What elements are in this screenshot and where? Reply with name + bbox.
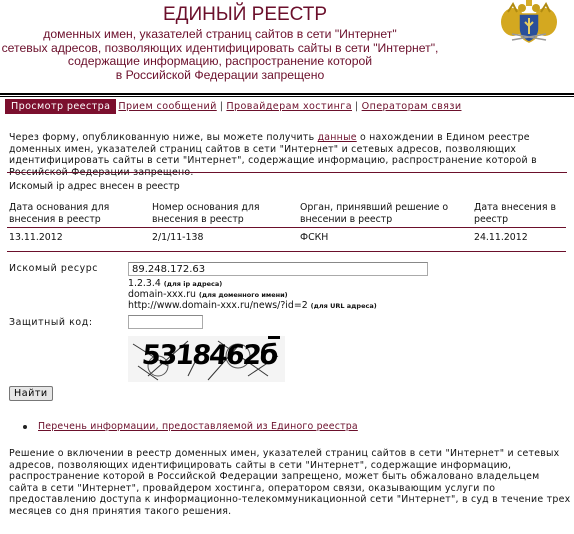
nav-link-messages[interactable]: Прием сообщений — [118, 101, 216, 112]
hint-note: (для ip адреса) — [164, 280, 222, 288]
captcha-input[interactable] — [128, 315, 203, 329]
bullet-icon — [23, 425, 27, 429]
hint-note: (для доменного имени) — [199, 291, 288, 299]
page-subtitle: доменных имен, указателей страниц сайтов… — [0, 28, 440, 82]
nav-link-hosting-providers[interactable]: Провайдерам хостинга — [226, 101, 352, 112]
nav-separator: | — [355, 101, 359, 112]
table-divider — [7, 227, 566, 228]
resource-input[interactable] — [128, 262, 428, 276]
intro-text-start: Через форму, опубликованную ниже, вы мож… — [9, 132, 318, 143]
hint-url: http://www.domain-xxx.ru/news/?id=2 (для… — [128, 300, 377, 312]
subtitle-line: доменных имен, указателей страниц сайтов… — [0, 28, 440, 42]
captcha-label: Защитный код: — [9, 317, 93, 328]
subtitle-line: содержащие информацию, распространение к… — [0, 55, 440, 69]
nav-tab-registry-view[interactable]: Просмотр реестра — [5, 99, 116, 114]
nav-link-telecom-operators[interactable]: Операторам связи — [362, 101, 462, 112]
table-row: 13.11.2012 2/1/11-138 ФСКН 24.11.2012 — [9, 232, 566, 244]
cell-basis-number: 2/1/11-138 — [152, 232, 300, 244]
cell-entry-date: 24.11.2012 — [474, 232, 566, 244]
info-links-list: Перечень информации, предоставляемой из … — [26, 421, 358, 432]
hint-example: domain-xxx.ru — [128, 289, 196, 300]
header-divider — [0, 93, 574, 95]
hint-note: (для URL адреса) — [311, 302, 377, 310]
captcha-image: 5318462б — [128, 336, 285, 382]
appeal-notice: Решение о включении в реестр доменных им… — [9, 448, 571, 517]
cell-authority: ФСКН — [300, 232, 474, 244]
column-header: Дата основания для внесения в реестр — [9, 202, 152, 225]
divider — [7, 172, 567, 173]
table-divider — [7, 251, 566, 252]
registry-info-link[interactable]: Перечень информации, предоставляемой из … — [38, 421, 358, 432]
subtitle-line: в Российской Федерации запрещено — [0, 69, 440, 83]
nav-separator: | — [220, 101, 224, 112]
header: ЕДИНЫЙ РЕЕСТР доменных имен, указателей … — [0, 0, 574, 92]
main-nav: Просмотр реестра Прием сообщений | Прова… — [5, 99, 463, 114]
search-button[interactable]: Найти — [9, 386, 53, 401]
column-header: Орган, принявший решение о внесении в ре… — [300, 202, 474, 225]
column-header: Дата внесения в реестр — [474, 202, 566, 225]
subtitle-line: сетевых адресов, позволяющих идентифицир… — [0, 42, 440, 56]
resource-label: Искомый ресурс — [9, 263, 98, 274]
result-table: Дата основания для внесения в реестр Ном… — [9, 202, 566, 225]
captcha-code: 5318462б — [140, 340, 278, 371]
hint-example: 1.2.3.4 — [128, 278, 161, 289]
data-link[interactable]: данные — [318, 132, 357, 143]
cell-basis-date: 13.11.2012 — [9, 232, 152, 244]
result-table-body: 13.11.2012 2/1/11-138 ФСКН 24.11.2012 — [9, 232, 566, 244]
table-header-row: Дата основания для внесения в реестр Ном… — [9, 202, 566, 225]
emblem-icon — [500, 0, 558, 48]
result-status: Искомый ip адрес внесен в реестр — [9, 181, 180, 192]
column-header: Номер основания для внесения в реестр — [152, 202, 300, 225]
page-title: ЕДИНЫЙ РЕЕСТР — [0, 4, 490, 26]
header-divider — [0, 96, 574, 97]
hint-example: http://www.domain-xxx.ru/news/?id=2 — [128, 300, 308, 311]
